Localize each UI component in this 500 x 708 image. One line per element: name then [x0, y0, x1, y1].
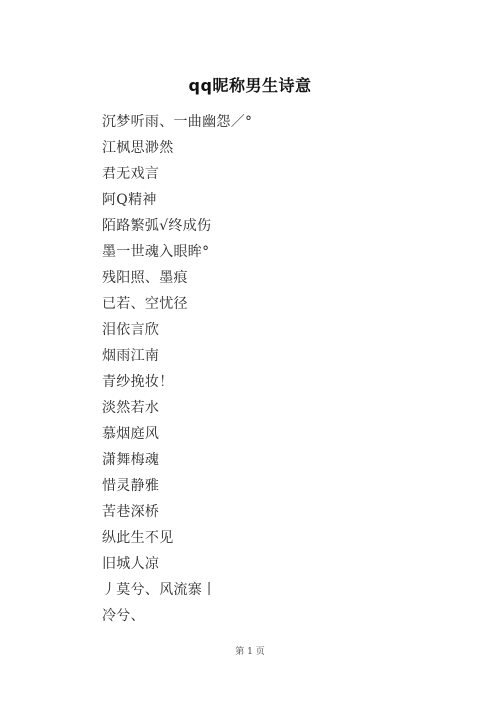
list-item: 苦巷深桥 — [102, 499, 252, 525]
list-item: 旧城人凉 — [102, 551, 252, 577]
list-item: 冷兮、 — [102, 603, 252, 629]
list-item: 江枫思渺然 — [102, 135, 252, 161]
list-item: 陌路繁弧√终成伤 — [102, 213, 252, 239]
list-item: 纵此生不见 — [102, 525, 252, 551]
list-item: 泪依言欣 — [102, 317, 252, 343]
list-item: 君无戏言 — [102, 161, 252, 187]
list-item: 烟雨江南 — [102, 343, 252, 369]
list-item: 阿Q精神 — [102, 187, 252, 213]
nickname-list: 沉梦听雨、一曲幽怨／° 江枫思渺然 君无戏言 阿Q精神 陌路繁弧√终成伤 墨一世… — [102, 109, 252, 629]
document-title: qq昵称男生诗意 — [0, 74, 500, 98]
list-item: 丿莫兮、风流寨丨 — [102, 577, 252, 603]
list-item: 青纱挽妆！ — [102, 369, 252, 395]
list-item: 惜灵静雅 — [102, 473, 252, 499]
list-item: 慕烟庭风 — [102, 421, 252, 447]
list-item: 残阳照、墨痕 — [102, 265, 252, 291]
list-item: 墨一世魂入眼眸° — [102, 239, 252, 265]
page-number: 第 1 页 — [0, 645, 500, 659]
list-item: 潇舞梅魂 — [102, 447, 252, 473]
list-item: 已若、空忧径 — [102, 291, 252, 317]
list-item: 沉梦听雨、一曲幽怨／° — [102, 109, 252, 135]
document-page: qq昵称男生诗意 沉梦听雨、一曲幽怨／° 江枫思渺然 君无戏言 阿Q精神 陌路繁… — [0, 0, 500, 708]
list-item: 淡然若水 — [102, 395, 252, 421]
